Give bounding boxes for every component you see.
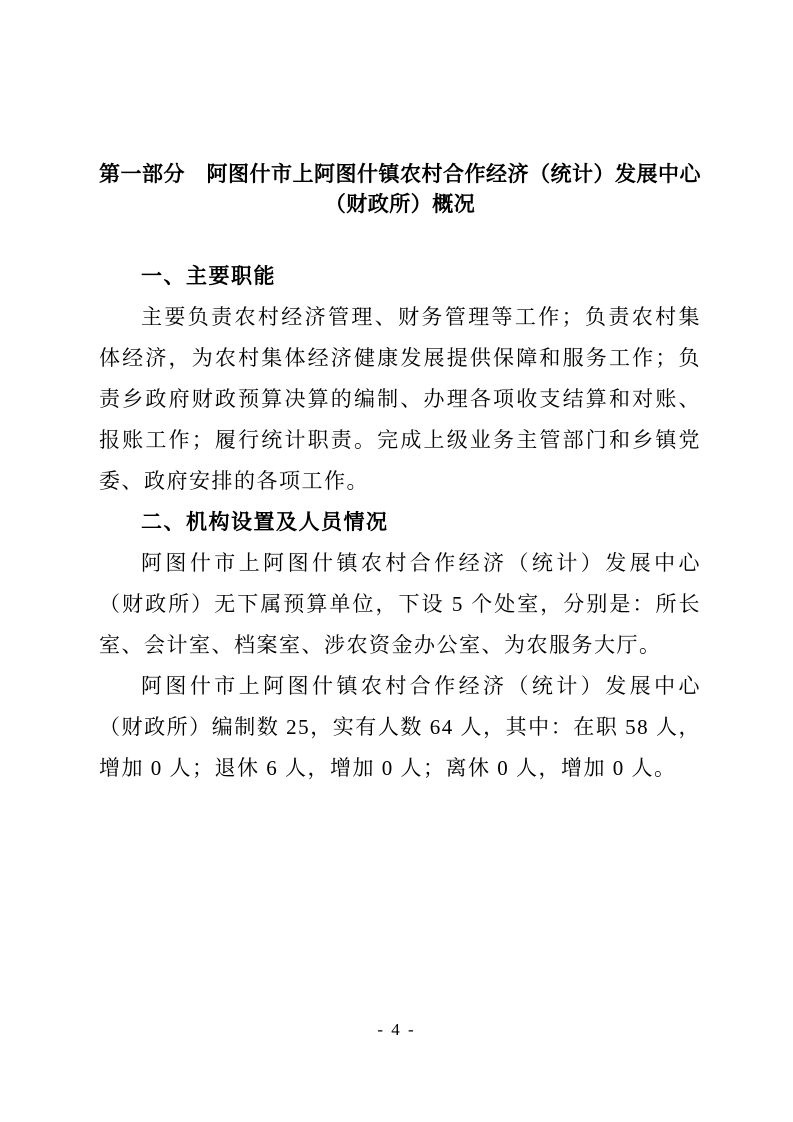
section-org-personnel: 二、机构设置及人员情况 阿图什市上阿图什镇农村合作经济（统计）发展中心（财政所）… [99,502,701,789]
section-heading: 一、主要职能 [99,256,701,297]
page-number: - 4 - [0,1020,793,1040]
paragraph: 阿图什市上阿图什镇农村合作经济（统计）发展中心（财政所）无下属预算单位，下设 5… [99,543,701,666]
paragraph: 阿图什市上阿图什镇农村合作经济（统计）发展中心（财政所）编制数 25，实有人数 … [99,666,701,789]
document-content: 第一部分 阿图什市上阿图什镇农村合作经济（统计）发展中心（财政所）概况 一、主要… [99,160,701,789]
section-heading: 二、机构设置及人员情况 [99,502,701,543]
document-page: 第一部分 阿图什市上阿图什镇农村合作经济（统计）发展中心（财政所）概况 一、主要… [0,0,793,1122]
section-main-duties: 一、主要职能 主要负责农村经济管理、财务管理等工作；负责农村集体经济，为农村集体… [99,256,701,502]
document-title: 第一部分 阿图什市上阿图什镇农村合作经济（统计）发展中心（财政所）概况 [99,160,701,220]
paragraph: 主要负责农村经济管理、财务管理等工作；负责农村集体经济，为农村集体经济健康发展提… [99,297,701,502]
